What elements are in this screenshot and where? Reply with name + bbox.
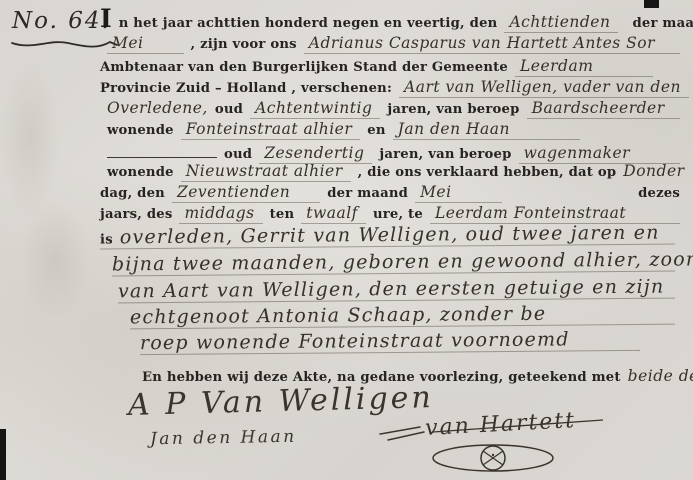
handwritten-entry: Achtentwintig [250,99,380,119]
printed-text: Provincie Zuid – Holland , verschenen: [100,81,392,96]
handwritten-entry: Aart van Welligen, vader van den [399,78,689,98]
handwritten-entry: echtgenoot Antonia Schaap, zonder be [130,303,546,329]
paper-stain [0,60,60,220]
printed-text: jaren, van beroep [387,102,519,117]
printed-text: der maand [632,16,693,31]
handwritten-entry: Baardscheerder [527,99,680,119]
handwritten-entry: Mei [415,183,502,203]
document-line-13: van Aart van Welligen, den eersten getui… [118,276,675,304]
document-line-11: is overleden, Gerrit van Welligen, oud t… [100,221,675,249]
document-line-14: echtgenoot Antonia Schaap, zonder be [130,302,675,330]
scan-edge-artifact-top-right [644,0,659,8]
handwritten-entry: Donder [623,162,684,180]
scan-edge-artifact-bottom-left [0,429,6,480]
handwritten-entry: middags [179,204,262,224]
handwritten-entry: roep wonende Fonteinstraat voornoemd [140,328,570,354]
signature-witness-1: A P Van Welligen [128,380,435,423]
document-line-4: Provincie Zuid – Holland , verschenen: A… [100,78,680,98]
printed-text: dag, den [100,186,165,201]
document-line-2: Mei , zijn voor ons Adrianus Casparus va… [107,34,680,54]
printed-text: Ambtenaar van den Burgerlijken Stand der… [100,60,508,75]
handwritten-entry: Jan den Haan [393,120,580,140]
printed-text: dezes [638,186,680,201]
handwritten-entry: wagenmaker [519,144,680,164]
printed-text: en [367,123,385,138]
document-line-7: oud Zesendertig jaren, van beroep wagenm… [107,141,680,164]
document-line-15: roep wonende Fonteinstraat voornoemd [140,328,640,355]
printed-text: wonende [107,165,174,180]
document-line-6: wonende Fonteinstraat alhier en Jan den … [107,120,680,140]
drop-cap: I [100,9,112,29]
handwritten-entry: Achttienden [504,13,618,33]
document-line-8: wonende Nieuwstraat alhier , die ons ver… [107,162,680,182]
document-line-1: I n het jaar achttien honderd negen en v… [100,9,680,33]
printed-text: n het jaar achttien honderd negen en vee… [119,16,498,31]
handwritten-entry: twaalf [301,204,366,224]
handwritten-entry: Mei [107,34,184,54]
printed-text: oud [224,147,252,162]
document-line-5: Overledene, oud Achtentwintig jaren, van… [107,99,680,119]
printed-text: , die ons verklaard hebben, dat op [358,165,617,180]
printed-text: wonende [107,123,174,138]
handwritten-entry: van Aart van Welligen, den eersten getui… [118,276,665,303]
signature-paraph-flourish-icon [378,418,628,476]
act-number-flourish-icon [10,36,120,52]
printed-text: oud [215,102,243,117]
handwritten-entry: Overledene, [107,99,208,117]
handwritten-entry: Nieuwstraat alhier [181,162,351,182]
printed-text: is [100,232,113,247]
printed-text: ure, te [373,207,423,222]
printed-text: , zijn voor ons [191,37,297,52]
printed-text: der maand [327,186,408,201]
handwritten-entry: Fonteinstraat alhier [181,120,361,140]
handwritten-entry: overleden, Gerrit van Welligen, oud twee… [120,222,660,249]
handwritten-entry: Zesendertig [259,144,372,164]
act-number: No. 64. [12,8,111,34]
handwritten-entry: bijna twee maanden, geboren en gewoond a… [112,248,693,275]
document-line-10: jaars, des middags ten twaalf ure, te Le… [100,204,680,224]
blank-rule [107,141,217,158]
handwritten-entry: Zeventienden [172,183,320,203]
printed-text: jaars, des [100,207,172,222]
paper-stain [20,200,90,320]
printed-text: jaren, van beroep [379,147,511,162]
signature-witness-2: Jan den Haan [150,427,297,450]
document-line-12: bijna twee maanden, geboren en gewoond a… [112,249,675,277]
document-line-3: Ambtenaar van den Burgerlijken Stand der… [100,57,653,77]
handwritten-entry: Leerdam [515,57,653,77]
scanned-death-record-page: No. 64. I n het jaar achttien honderd ne… [0,0,693,480]
printed-text: ten [270,207,295,222]
handwritten-entry: beide de getuigen. [628,367,693,385]
handwritten-entry: Adrianus Casparus van Hartett Antes Sor [304,34,680,54]
document-line-9: dag, den Zeventienden der maand Mei deze… [100,183,680,203]
